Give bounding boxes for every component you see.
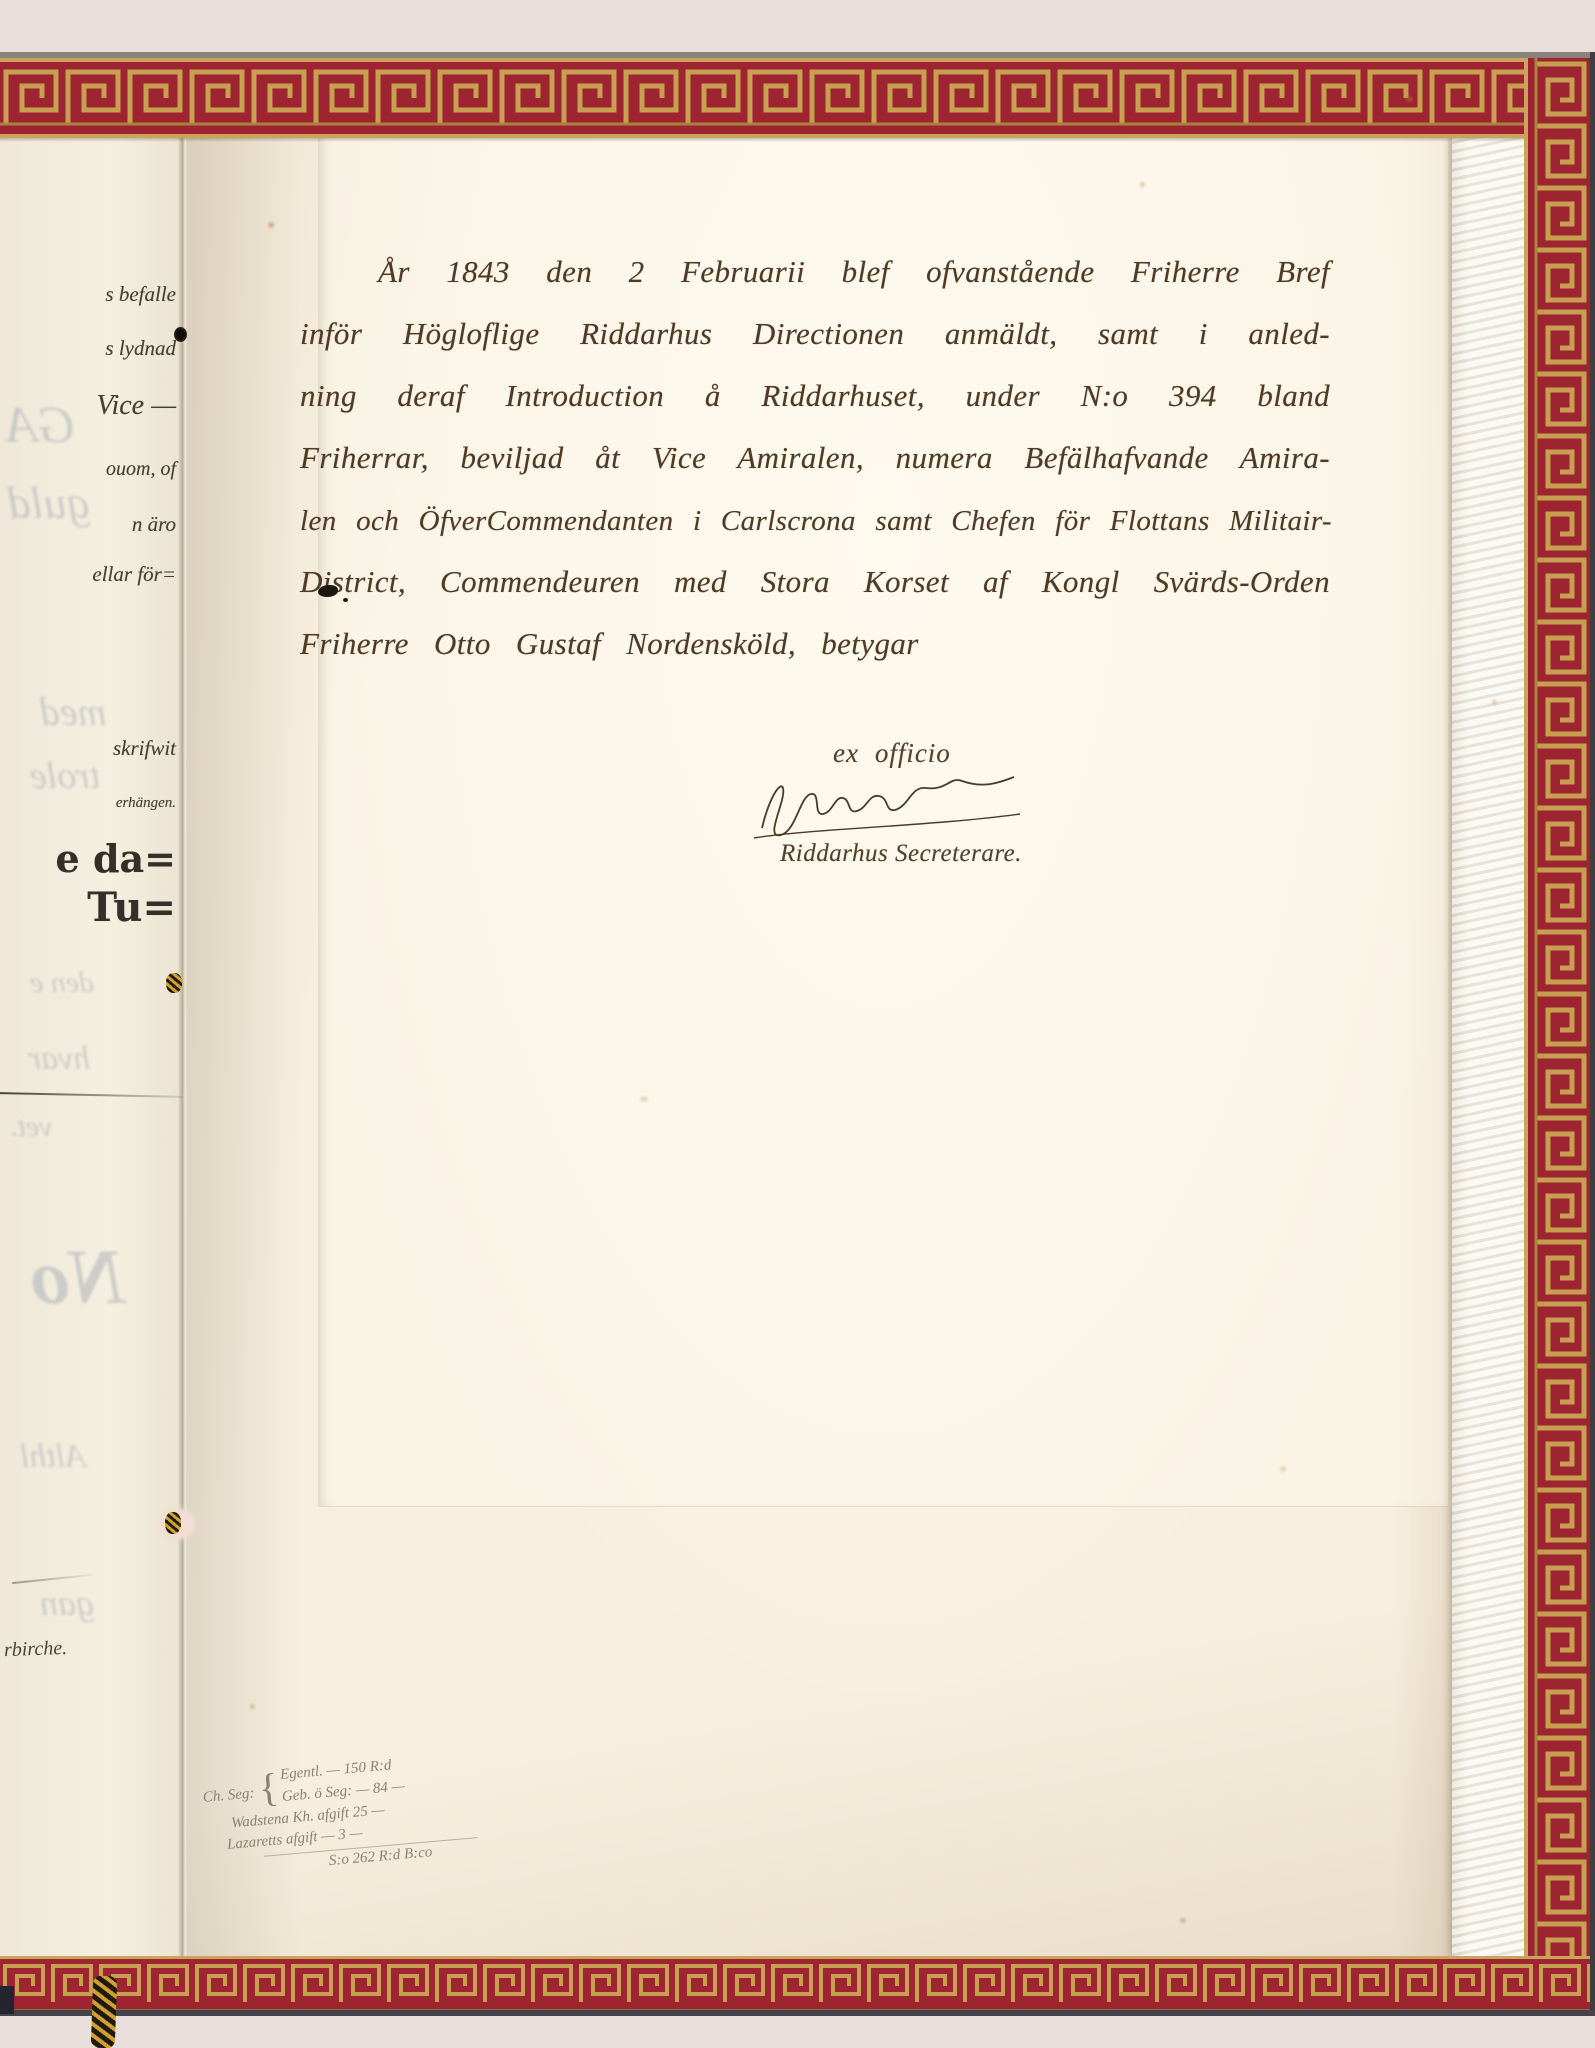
ink-blot-dot (343, 598, 348, 602)
bleedthrough-text: Althl (20, 1438, 86, 1476)
greek-key-border-right (1524, 58, 1595, 2012)
bleedthrough-text: guld (8, 476, 90, 529)
foxing-spot (1492, 700, 1497, 705)
foxing-spot (1406, 96, 1413, 102)
foxing-spot (250, 1704, 255, 1709)
manuscript-line-5: len och ÖfverCommendanten i Carlscrona s… (300, 506, 1332, 536)
binding-cord-knot (166, 973, 182, 993)
cover-corner-dark (0, 1986, 14, 2014)
manuscript-line-4: Friherrar, beviljad åt Vice Amiralen, nu… (300, 442, 1330, 475)
cover-edge-bottom (0, 2010, 1595, 2016)
bleedthrough-text: gan (40, 1582, 94, 1624)
bleedthrough-text: No (30, 1232, 125, 1322)
fee-brace: { (257, 1767, 280, 1809)
left-fragment: s befalle (0, 282, 180, 307)
fee-annotation: Ch. Seg: { Egentl. — 150 R:d Geb. ö Seg:… (201, 1748, 480, 1883)
manuscript-line-7: Friherre Otto Gustaf Nordensköld, betyga… (300, 628, 919, 661)
binding-cord-knot (165, 1512, 181, 1534)
left-fragment-blackletter: Tu= (0, 884, 180, 931)
foxing-spot (1140, 182, 1145, 187)
left-fragment: ellar för= (0, 562, 180, 587)
manuscript-line-6: District, Commendeuren med Stora Korset … (300, 566, 1330, 599)
binding-hole (174, 327, 187, 342)
signer-title: Riddarhus Secreterare. (780, 840, 1022, 868)
bleedthrough-text: vet. (10, 1110, 52, 1144)
manuscript-line-3: ning deraf Introduction å Riddarhuset, u… (300, 380, 1330, 413)
left-page-bottom-note: rbirche. (4, 1637, 68, 1662)
bleedthrough-text: GA (6, 396, 75, 455)
bleedthrough-text: trole (30, 754, 100, 798)
fee-label: Ch. Seg: (202, 1783, 255, 1809)
left-fragment-blackletter: e da= (0, 836, 180, 881)
foxing-spot (640, 1096, 648, 1102)
manuscript-line-2: inför Högloflige Riddarhus Directionen a… (300, 318, 1330, 351)
bleedthrough-text: med (40, 688, 107, 735)
secretary-signature (748, 756, 1028, 848)
greek-key-border-top (0, 58, 1595, 138)
cover-edge-right (1590, 52, 1595, 2014)
binding-cord (91, 1976, 117, 2048)
manuscript-line-1: År 1843 den 2 Februarii blef ofvanståend… (378, 256, 1330, 289)
foxing-spot (1180, 1918, 1186, 1923)
left-fragment: s lydnad (0, 336, 180, 361)
foxing-spot (268, 222, 274, 228)
bleedthrough-text: den e (30, 966, 94, 1000)
greek-key-border-bottom (0, 1956, 1595, 2012)
book-scan: År 1843 den 2 Februarii blef ofvanståend… (0, 0, 1595, 2048)
foxing-spot (1280, 1466, 1286, 1472)
bleedthrough-text: hvar (28, 1040, 90, 1078)
